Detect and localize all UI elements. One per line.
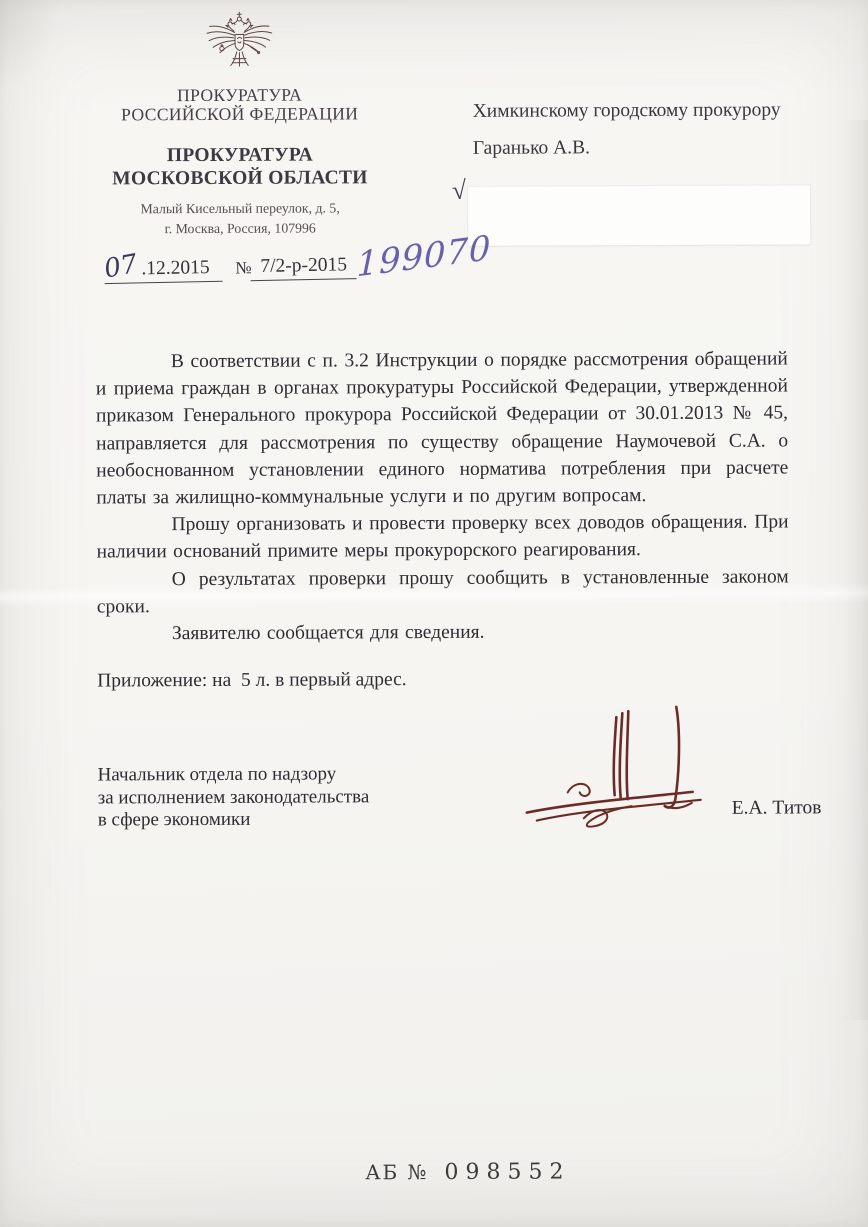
federal-prosecutor-title: ПРОКУРАТУРА РОССИЙСКОЙ ФЕДЕРАЦИИ bbox=[98, 85, 382, 124]
attachment-line: Приложение: на 5 л. в первый адрес. bbox=[97, 669, 407, 692]
redacted-area bbox=[468, 185, 810, 245]
address-street: Малый Кисельный переулок, д. 5, bbox=[98, 198, 382, 219]
printed-date: .12.2015 bbox=[141, 257, 210, 280]
number-underline bbox=[251, 278, 357, 281]
body-paragraph-3: О результатах проверки прошу сообщить в … bbox=[97, 563, 789, 620]
coat-of-arms-icon bbox=[202, 7, 276, 77]
letter-content: ПРОКУРАТУРА РОССИЙСКОЙ ФЕДЕРАЦИИ ПРОКУРА… bbox=[0, 0, 868, 1227]
signer-position-line3: в сфере экономики bbox=[98, 808, 370, 832]
form-serial: АБ №098552 bbox=[365, 1159, 570, 1185]
body-paragraph-2: Прошу организовать и провести проверку в… bbox=[96, 509, 788, 566]
reference-line: 07 .12.2015 № 7/2-р-2015 199070 bbox=[104, 242, 575, 295]
letterhead: ПРОКУРАТУРА РОССИЙСКОЙ ФЕДЕРАЦИИ ПРОКУРА… bbox=[97, 6, 382, 239]
address-city: г. Москва, Россия, 107996 bbox=[98, 218, 382, 239]
regional-prosecutor-title: ПРОКУРАТУРА МОСКОВСКОЙ ОБЛАСТИ bbox=[98, 143, 382, 190]
regional-title-line1: ПРОКУРАТУРА bbox=[98, 143, 382, 167]
outgoing-number: 7/2-р-2015 bbox=[260, 254, 347, 278]
handwritten-day: 07 bbox=[102, 249, 140, 284]
addressee-block: Химкинскому городскому прокурору Гараньк… bbox=[473, 99, 823, 160]
signer-position: Начальник отдела по надзору за исполнени… bbox=[98, 763, 370, 832]
numero-sign: № bbox=[235, 258, 252, 278]
form-series: АБ № bbox=[365, 1160, 428, 1184]
handwritten-signature-icon bbox=[520, 699, 736, 842]
signer-position-line1: Начальник отдела по надзору bbox=[98, 763, 370, 787]
signer-position-line2: за исполнением законодательства bbox=[98, 786, 370, 810]
federal-title-line2: РОССИЙСКОЙ ФЕДЕРАЦИИ bbox=[98, 104, 382, 124]
regional-title-line2: МОСКОВСКОЙ ОБЛАСТИ bbox=[98, 166, 382, 190]
scanned-letter-page: ПРОКУРАТУРА РОССИЙСКОЙ ФЕДЕРАЦИИ ПРОКУРА… bbox=[0, 0, 868, 1227]
letterhead-address: Малый Кисельный переулок, д. 5, г. Москв… bbox=[98, 198, 382, 239]
body-paragraph-4: Заявителю сообщается для сведения. bbox=[97, 617, 789, 647]
addressee-name: Гаранько А.В. bbox=[473, 136, 823, 160]
body-paragraph-1: В соответствии с п. 3.2 Инструкции о пор… bbox=[96, 345, 789, 511]
addressee-title: Химкинскому городскому прокурору bbox=[473, 99, 823, 123]
handwritten-checkmark: √ bbox=[451, 176, 467, 207]
signer-name: Е.А. Титов bbox=[732, 797, 822, 819]
letter-body: В соответствии с п. 3.2 Инструкции о пор… bbox=[96, 345, 789, 647]
form-number: 098552 bbox=[444, 1159, 570, 1185]
